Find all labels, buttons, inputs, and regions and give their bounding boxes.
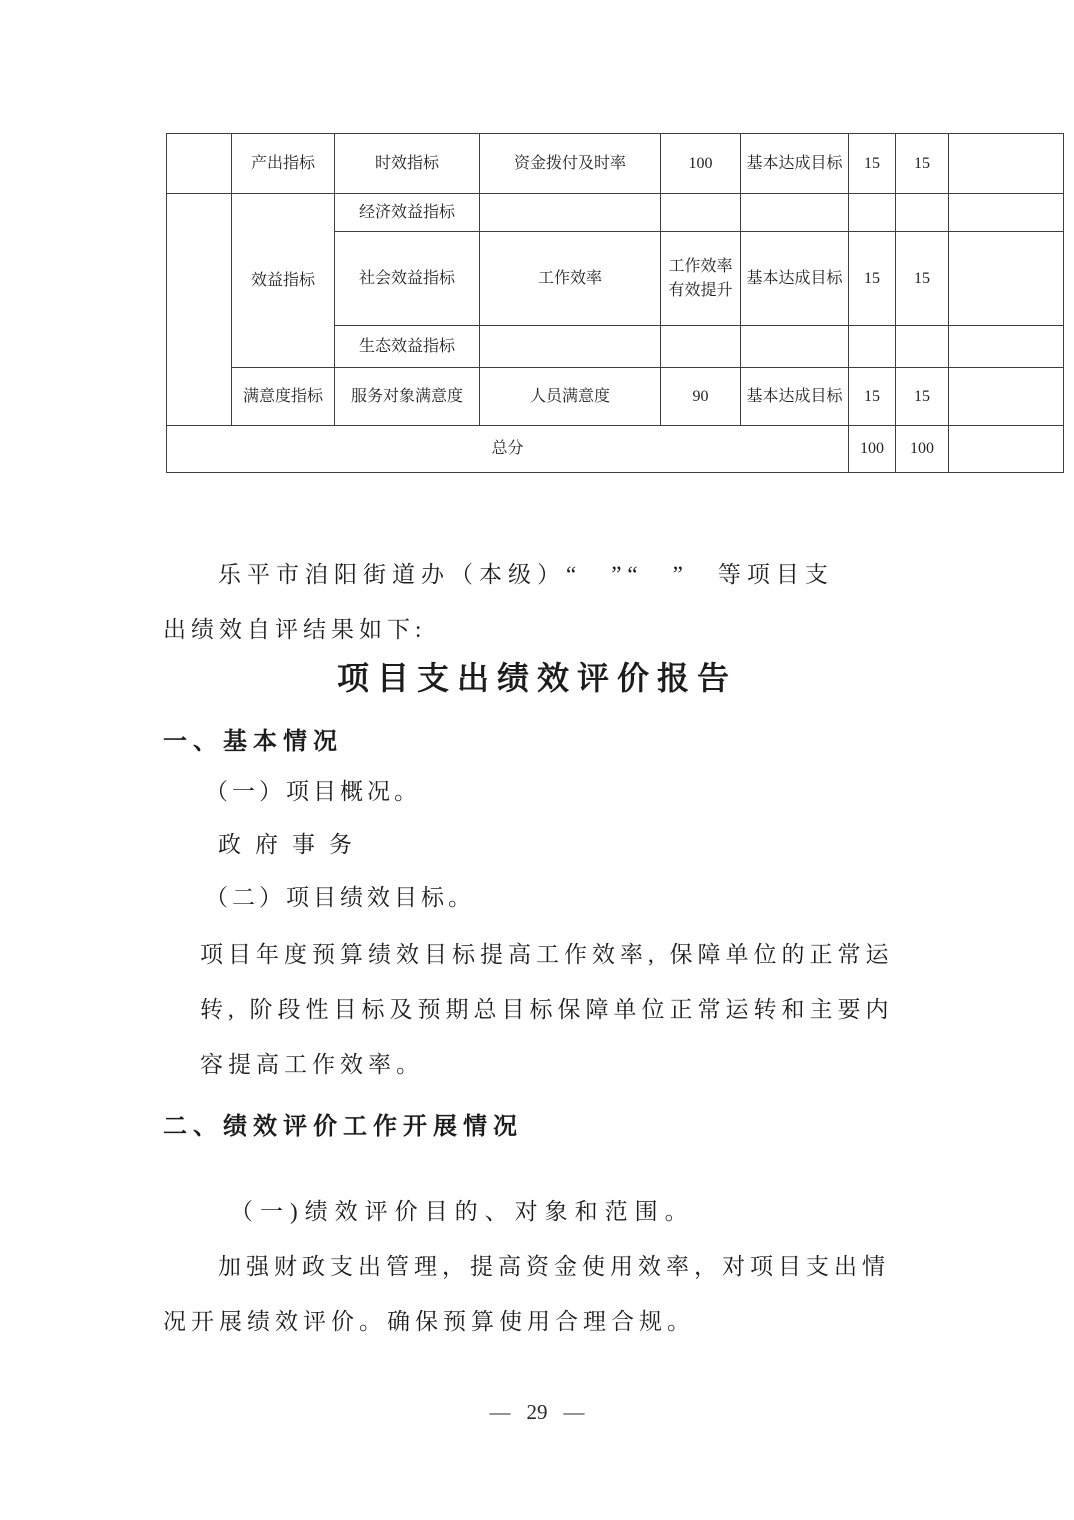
document-page: 产出指标 时效指标 资金拨付及时率 100 基本达成目标 15 15 效益指标 … xyxy=(0,0,1074,1520)
cell-total-label: 总分 xyxy=(167,426,849,473)
table-row: 产出指标 时效指标 资金拨付及时率 100 基本达成目标 15 15 xyxy=(167,134,1064,194)
page-number: 29 xyxy=(527,1400,548,1424)
table-row: 满意度指标 服务对象满意度 人员满意度 90 基本达成目标 15 15 xyxy=(167,368,1064,426)
cell-status: 基本达成目标 xyxy=(741,232,849,326)
cell-empty xyxy=(741,326,849,368)
cell-empty xyxy=(949,426,1064,473)
section2-heading: 二、绩效评价工作开展情况 xyxy=(163,1113,523,1141)
cell-empty xyxy=(949,134,1064,194)
page-footer: —29— xyxy=(0,1399,1074,1425)
section1-project-type: 政府事务 xyxy=(218,831,366,859)
table-row: 效益指标 经济效益指标 xyxy=(167,194,1064,232)
cell-empty xyxy=(949,326,1064,368)
cell-status: 基本达成目标 xyxy=(741,134,849,194)
section2-para-line-1: 加强财政支出管理，提高资金使用效率，对项目支出情 xyxy=(218,1253,890,1281)
cell-empty xyxy=(480,326,661,368)
cell-empty xyxy=(167,194,232,426)
section1-item-goal: （二）项目绩效目标。 xyxy=(205,884,475,912)
cell-sub-timeliness: 时效指标 xyxy=(335,134,480,194)
cell-indicator-work-efficiency: 工作效率 xyxy=(480,232,661,326)
cell-score: 15 xyxy=(849,368,896,426)
cell-indicator-fund-rate: 资金拨付及时率 xyxy=(480,134,661,194)
cell-indicator-personnel-satisfaction: 人员满意度 xyxy=(480,368,661,426)
cell-empty xyxy=(849,194,896,232)
intro-line-2: 出绩效自评结果如下: xyxy=(163,616,426,644)
cell-empty xyxy=(949,232,1064,326)
report-title: 项目支出绩效评价报告 xyxy=(0,660,1074,696)
cell-empty xyxy=(896,194,949,232)
cell-empty xyxy=(949,368,1064,426)
section2-item-purpose: （一)绩效评价目的、对象和范围。 xyxy=(230,1198,695,1226)
cell-empty xyxy=(480,194,661,232)
section1-para-line-3: 容提高工作效率。 xyxy=(200,1051,424,1079)
cell-empty xyxy=(849,326,896,368)
cell-empty xyxy=(661,194,741,232)
section1-heading: 一、基本情况 xyxy=(163,728,343,756)
cell-empty xyxy=(167,134,232,194)
intro-line-1: 乐平市洎阳街道办（本级）“ ”“ ” 等项目支 xyxy=(218,561,834,589)
cell-empty xyxy=(661,326,741,368)
cell-sub-service-satisfaction: 服务对象满意度 xyxy=(335,368,480,426)
cell-sub-social: 社会效益指标 xyxy=(335,232,480,326)
cell-empty xyxy=(896,326,949,368)
footer-dash: — xyxy=(564,1400,585,1424)
section2-para-line-2: 况开展绩效评价。确保预算使用合理合规。 xyxy=(163,1308,695,1336)
cell-total-score: 100 xyxy=(896,426,949,473)
cell-empty xyxy=(741,194,849,232)
table-row-total: 总分 100 100 xyxy=(167,426,1064,473)
cell-score: 15 xyxy=(849,134,896,194)
cell-score: 15 xyxy=(896,134,949,194)
cell-sub-economic: 经济效益指标 xyxy=(335,194,480,232)
section1-item-overview: （一）项目概况。 xyxy=(205,778,421,806)
cell-value: 100 xyxy=(661,134,741,194)
footer-dash: — xyxy=(490,1400,511,1424)
cell-score: 15 xyxy=(896,232,949,326)
cell-empty xyxy=(949,194,1064,232)
indicator-table: 产出指标 时效指标 资金拨付及时率 100 基本达成目标 15 15 效益指标 … xyxy=(166,133,1064,473)
cell-category-satisfaction: 满意度指标 xyxy=(232,368,335,426)
cell-score: 15 xyxy=(849,232,896,326)
cell-value: 工作效率有效提升 xyxy=(661,232,741,326)
cell-sub-ecological: 生态效益指标 xyxy=(335,326,480,368)
cell-category-benefit: 效益指标 xyxy=(232,194,335,368)
section1-para-line-2: 转, 阶段性目标及预期总目标保障单位正常运转和主要内 xyxy=(200,996,894,1024)
cell-category-output: 产出指标 xyxy=(232,134,335,194)
section1-para-line-1: 项目年度预算绩效目标提高工作效率, 保障单位的正常运 xyxy=(200,941,894,969)
cell-score: 15 xyxy=(896,368,949,426)
cell-status: 基本达成目标 xyxy=(741,368,849,426)
performance-indicator-table: 产出指标 时效指标 资金拨付及时率 100 基本达成目标 15 15 效益指标 … xyxy=(166,133,1064,473)
cell-total-score: 100 xyxy=(849,426,896,473)
cell-value: 90 xyxy=(661,368,741,426)
